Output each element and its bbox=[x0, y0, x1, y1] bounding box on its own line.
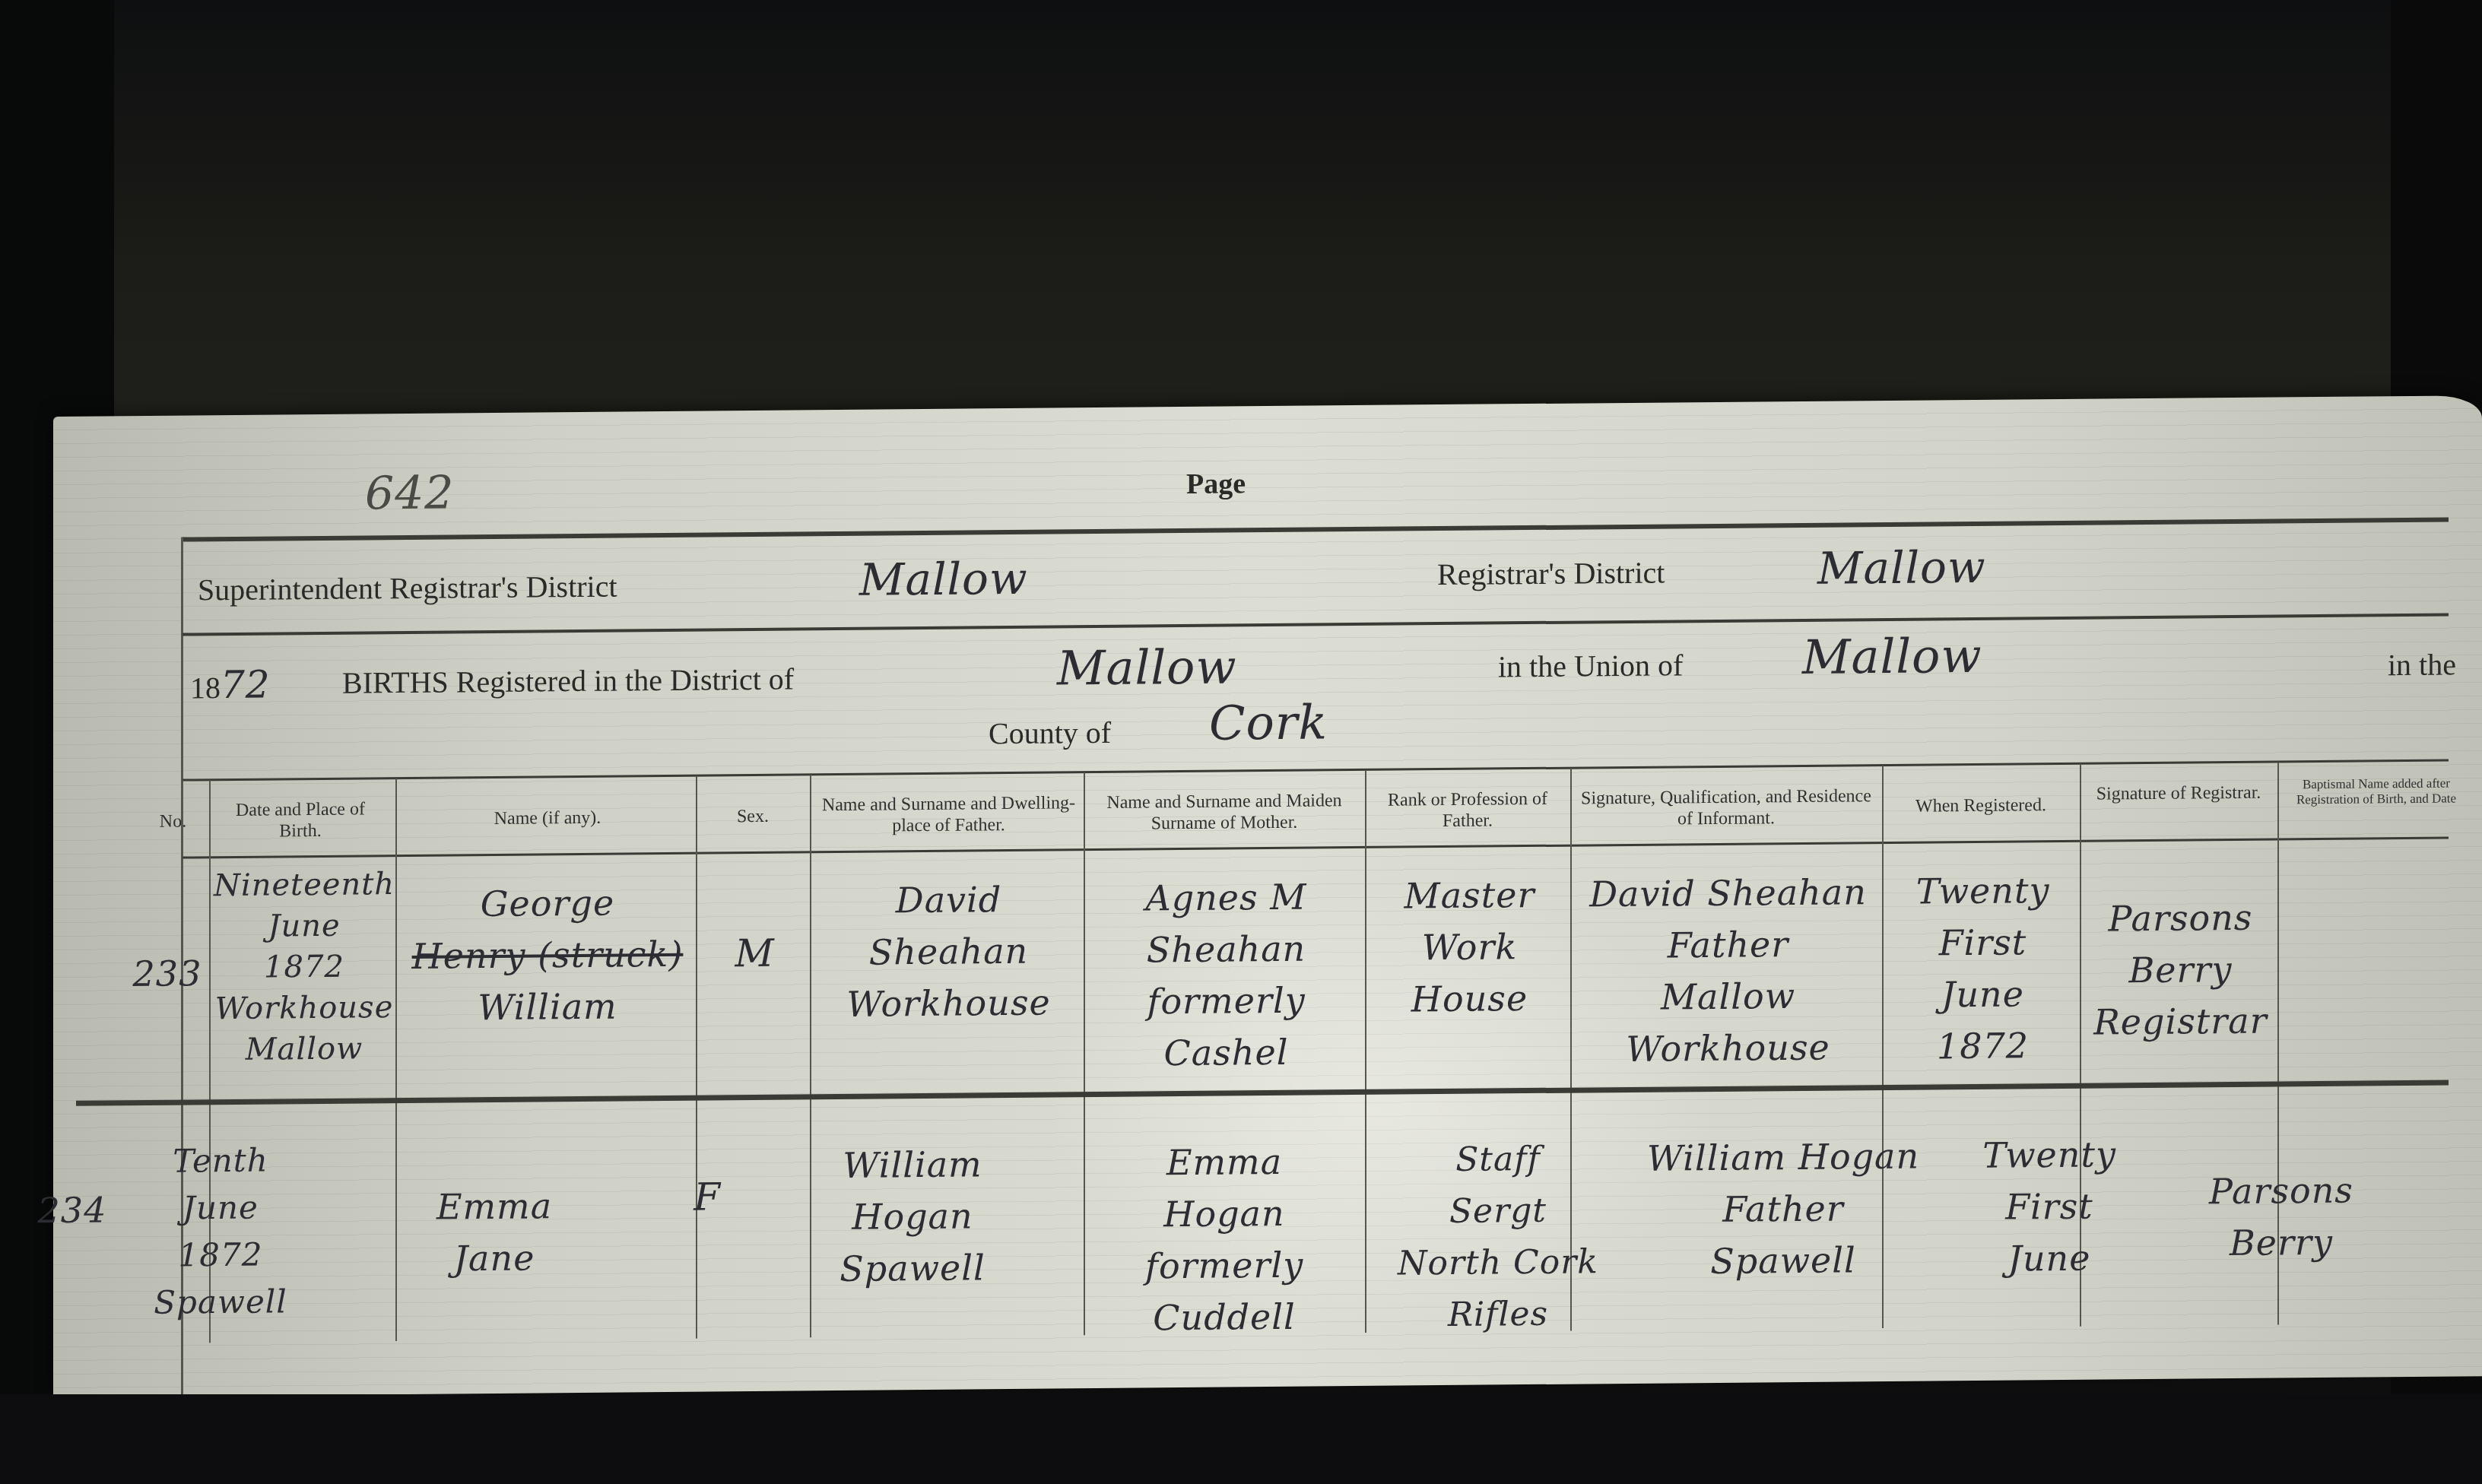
text-line: Spawell bbox=[125, 1278, 316, 1327]
text-line: First bbox=[1954, 1180, 2144, 1233]
text-line: William bbox=[760, 1137, 1065, 1191]
text-line: Cuddell bbox=[1072, 1290, 1376, 1344]
text-line: 1872 bbox=[125, 1231, 316, 1279]
entry-sex: M bbox=[700, 927, 810, 979]
text-line: Tenth bbox=[125, 1137, 316, 1185]
text-line: Father bbox=[1574, 918, 1882, 972]
dark-background-bottom bbox=[0, 1394, 2482, 1484]
columns-top-rule bbox=[182, 759, 2449, 782]
entry-father: William Hogan Spawell bbox=[760, 1137, 1065, 1295]
text-line: formerly bbox=[1072, 1238, 1376, 1292]
entry-informant: David Sheahan Father Mallow Workhouse bbox=[1574, 866, 1882, 1076]
county-label: County of bbox=[989, 715, 1111, 751]
col-head-date-place: Date and Place of Birth. bbox=[213, 798, 388, 842]
text-line: Hogan bbox=[1072, 1187, 1376, 1241]
registrar-district-value: Mallow bbox=[1817, 541, 1986, 595]
register-page: 642 Page Superintendent Registrar's Dist… bbox=[53, 395, 2482, 1397]
union-label: in the Union of bbox=[1498, 647, 1683, 684]
text-line: North Cork bbox=[1384, 1236, 1612, 1290]
text-line: Rifles bbox=[1384, 1288, 1612, 1342]
in-the-label: in the bbox=[2388, 646, 2456, 683]
text-line: George bbox=[399, 877, 696, 931]
entry-registrar: Parsons Berry bbox=[2167, 1164, 2395, 1270]
registrar-district-label: Registrar's District bbox=[1437, 555, 1665, 593]
header-mid-rule bbox=[182, 614, 2449, 636]
entry-name: George Henry (struck) William bbox=[399, 877, 696, 1034]
text-line: Registrar bbox=[2084, 994, 2277, 1048]
text-line: William bbox=[399, 980, 696, 1034]
text-line: Henry (struck) bbox=[399, 928, 696, 982]
text-line: David Sheahan bbox=[1574, 866, 1882, 921]
entry-rank: Master Work House bbox=[1369, 869, 1570, 1026]
text-line: Agnes M bbox=[1087, 870, 1365, 924]
text-line: 1872 bbox=[1886, 1019, 2080, 1073]
col-rule bbox=[696, 776, 697, 1339]
text-line: Jane bbox=[342, 1231, 646, 1285]
text-line: June bbox=[1886, 968, 2080, 1021]
col-head-mother: Name and Surname and Maiden Surname of M… bbox=[1087, 790, 1361, 835]
columns-bottom-rule bbox=[182, 837, 2449, 859]
text-line: Mallow bbox=[1574, 969, 1882, 1024]
text-line: Sheahan bbox=[814, 924, 1084, 978]
entry-father: David Sheahan Workhouse bbox=[814, 873, 1084, 1030]
text-line: David bbox=[814, 873, 1084, 927]
col-head-informant: Signature, Qualification, and Residence … bbox=[1574, 785, 1878, 830]
text-line: Master bbox=[1369, 869, 1570, 922]
text-line: Twenty bbox=[1954, 1128, 2144, 1181]
text-line: Emma bbox=[342, 1179, 646, 1233]
text-line: Workhouse bbox=[213, 987, 395, 1029]
year-suffix: 72 bbox=[221, 663, 271, 708]
entry-registrar: Parsons Berry Registrar bbox=[2084, 891, 2277, 1048]
district-value: Mallow bbox=[1057, 639, 1237, 696]
superintendent-district-value: Mallow bbox=[859, 553, 1028, 606]
entry-informant: William Hogan Father Spawell bbox=[1620, 1130, 1947, 1288]
entry-mother: Emma Hogan formerly Cuddell bbox=[1072, 1135, 1376, 1344]
text-line: Mallow bbox=[213, 1028, 395, 1070]
text-line: Work bbox=[1369, 921, 1570, 974]
text-line: Workhouse bbox=[1574, 1021, 1882, 1076]
text-line: June bbox=[213, 905, 395, 947]
text-line: House bbox=[1369, 972, 1570, 1026]
text-line: 1872 bbox=[213, 946, 395, 988]
text-line: Twenty bbox=[1886, 864, 2080, 918]
year-line: 1872 bbox=[190, 663, 271, 708]
entry-row-233: 233 Nineteenth June 1872 Workhouse Mallo… bbox=[53, 395, 2482, 417]
header-top-rule bbox=[182, 518, 2449, 542]
text-line: Father bbox=[1620, 1181, 1947, 1236]
entry-sex: F bbox=[654, 1171, 760, 1223]
text-line: Parsons bbox=[2084, 891, 2277, 944]
text-line: June bbox=[125, 1184, 316, 1232]
text-line: Sergt bbox=[1384, 1184, 1612, 1238]
col-head-registrar: Signature of Registrar. bbox=[2084, 782, 2274, 805]
text-line: Nineteenth bbox=[213, 864, 395, 906]
col-head-name: Name (if any). bbox=[403, 807, 692, 830]
entry-no: 234 bbox=[30, 1184, 114, 1236]
text-line: Sheahan bbox=[1087, 922, 1365, 976]
year-prefix: 18 bbox=[190, 671, 221, 705]
col-head-no: No. bbox=[141, 810, 205, 832]
col-head-rank: Rank or Profession of Father. bbox=[1369, 788, 1566, 832]
entry-mother: Agnes M Sheahan formerly Cashel bbox=[1087, 870, 1365, 1080]
county-value: Cork bbox=[1209, 694, 1328, 750]
text-line: Staff bbox=[1384, 1133, 1612, 1187]
text-line: Emma bbox=[1072, 1135, 1376, 1189]
text-line: William Hogan bbox=[1620, 1130, 1947, 1184]
text-line: formerly bbox=[1087, 974, 1365, 1028]
col-head-father: Name and Surname and Dwelling-place of F… bbox=[814, 792, 1084, 837]
text-line: Workhouse bbox=[814, 976, 1084, 1030]
text-line: Cashel bbox=[1087, 1026, 1365, 1080]
folio-number: 642 bbox=[365, 466, 455, 520]
entry-row-234: 234 Tenth June 1872 Spawell Emma Jane F … bbox=[53, 395, 2482, 417]
text-line: Berry bbox=[2167, 1216, 2395, 1270]
text-line: Parsons bbox=[2167, 1164, 2395, 1218]
entry-when-registered: Twenty First June 1872 bbox=[1886, 864, 2080, 1073]
col-head-sex: Sex. bbox=[700, 805, 806, 827]
entry-no: 233 bbox=[125, 947, 209, 1000]
superintendent-district-label: Superintendent Registrar's District bbox=[198, 569, 617, 608]
births-registered-label: BIRTHS Registered in the District of bbox=[342, 661, 794, 700]
entry-date-place: Nineteenth June 1872 Workhouse Mallow bbox=[213, 864, 395, 1070]
entry-rank: Staff Sergt North Cork Rifles bbox=[1384, 1133, 1612, 1342]
text-line: Spawell bbox=[760, 1241, 1065, 1295]
col-head-baptismal: Baptismal Name added after Registration … bbox=[2281, 775, 2471, 807]
union-value: Mallow bbox=[1802, 628, 1982, 685]
text-line: Hogan bbox=[760, 1189, 1065, 1243]
page-label: Page bbox=[1186, 467, 1246, 501]
entry-when-registered: Twenty First June bbox=[1954, 1128, 2144, 1285]
entry-date-place: Tenth June 1872 Spawell bbox=[125, 1137, 316, 1327]
text-line: June bbox=[1954, 1232, 2144, 1285]
entry-name: Emma Jane bbox=[342, 1179, 646, 1285]
text-line: First bbox=[1886, 916, 2080, 969]
text-line: Spawell bbox=[1620, 1233, 1947, 1288]
col-head-when: When Registered. bbox=[1886, 794, 2076, 817]
text-line: Berry bbox=[2084, 943, 2277, 996]
